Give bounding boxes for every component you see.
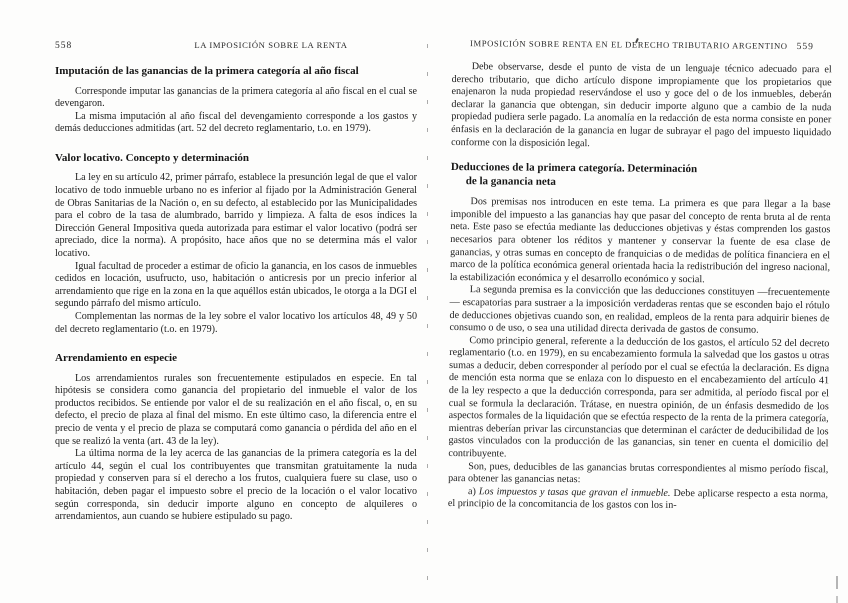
section-deducciones: Deducciones de la primera categoría. Det…: [448, 161, 831, 514]
section-arrendamiento-especie: Arrendamiento en especie Los arrendamien…: [55, 352, 417, 524]
list-item-a: a) Los impuestos y tasas que gravan el i…: [448, 486, 828, 515]
body-paragraph: La misma imputación al año fiscal del de…: [55, 111, 417, 136]
page-number-left: 558: [55, 41, 125, 51]
section-heading: Imputación de las ganancias de la primer…: [55, 65, 417, 79]
body-paragraph: Dos premisas nos introducen en este tema…: [450, 196, 831, 287]
body-paragraph: Son, pues, deducibles de las ganancias b…: [448, 461, 828, 490]
section-valor-locativo: Valor locativo. Concepto y determinación…: [55, 152, 417, 336]
list-item-a-marker: a): [468, 486, 476, 497]
scan-edge-mark-1: [836, 576, 838, 589]
page-gutter-fold-line: [427, 44, 428, 600]
section-heading-line1: Deducciones de la primera categoría. Det…: [451, 161, 697, 175]
body-paragraph: La segunda premisa es la convicción que …: [449, 284, 829, 338]
section-continuation: Debe observarse, desde el punto de vista…: [451, 61, 832, 152]
body-paragraph: La última norma de la ley acerca de las …: [55, 448, 417, 524]
body-paragraph: La ley en su artículo 42, primer párrafo…: [55, 172, 417, 260]
body-paragraph: Los arrendamientos rurales son frecuente…: [55, 373, 417, 449]
running-header-right: IMPOSICIÓN SOBRE RENTA EN EL DERECHO TRI…: [452, 38, 832, 52]
running-header-left: 558 LA IMPOSICIÓN SOBRE LA RENTA: [55, 40, 417, 51]
scan-edge-mark-2: [836, 596, 838, 603]
running-head-title-right: IMPOSICIÓN SOBRE RENTA EN EL DERECHO TRI…: [470, 38, 788, 51]
list-item-a-italic-lead: Los impuestos y tasas que gravan el inmu…: [479, 486, 671, 499]
section-imputacion: Imputación de las ganancias de la primer…: [55, 65, 417, 136]
book-scan-spread: 558 LA IMPOSICIÓN SOBRE LA RENTA Imputac…: [0, 0, 848, 603]
body-paragraph: Como principio general, referente a la d…: [448, 335, 829, 464]
page-number-right: 559: [797, 42, 814, 52]
section-heading-line2: de la ganancia neta: [451, 175, 831, 192]
section-heading: Deducciones de la primera categoría. Det…: [451, 161, 831, 191]
section-heading: Arrendamiento en especie: [55, 352, 417, 366]
page-right: IMPOSICIÓN SOBRE RENTA EN EL DERECHO TRI…: [448, 38, 832, 514]
running-head-title-left: LA IMPOSICIÓN SOBRE LA RENTA: [125, 40, 417, 50]
section-heading: Valor locativo. Concepto y determinación: [55, 152, 417, 166]
page-left: 558 LA IMPOSICIÓN SOBRE LA RENTA Imputac…: [55, 40, 417, 524]
body-paragraph: Corresponde imputar las ganancias de la …: [55, 86, 417, 111]
body-paragraph: Complementan las normas de la ley sobre …: [55, 311, 417, 336]
body-paragraph: Debe observarse, desde el punto de vista…: [451, 61, 832, 152]
body-paragraph: Igual facultad de proceder a estimar de …: [55, 261, 417, 311]
